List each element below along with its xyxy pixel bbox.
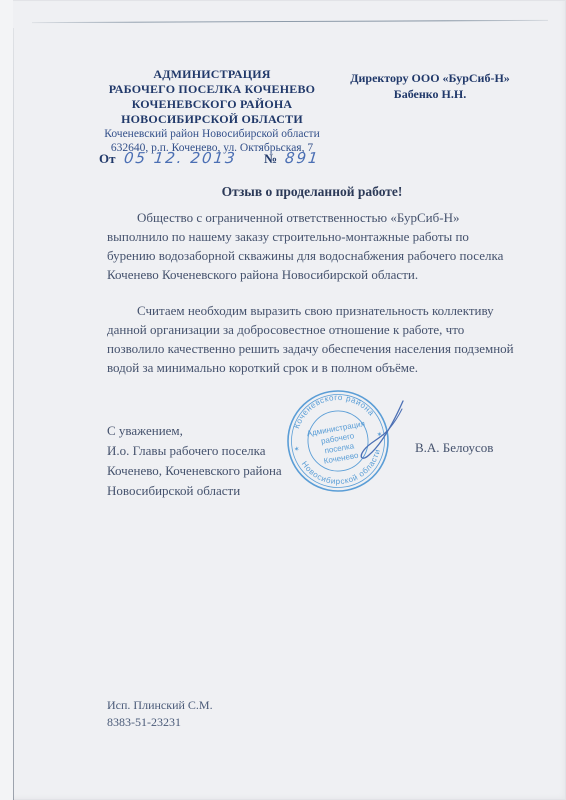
document-title: Отзыв о проделанной работе! xyxy=(107,184,517,200)
sender-org-line: РАБОЧЕГО ПОСЕЛКА КОЧЕНЕВО xyxy=(62,82,362,97)
number-label: № xyxy=(264,151,277,166)
recipient-block: Директору ООО «БурСиб-Н» Бабенко Н.Н. xyxy=(340,70,520,102)
executor-block: Исп. Плинский С.М. 8383-51-23231 xyxy=(107,697,213,731)
date-number-line: От 05 12. 2013 № 891 xyxy=(99,149,359,168)
scan-edge-line xyxy=(13,28,14,800)
body-paragraph: Общество с ограниченной ответственностью… xyxy=(107,208,519,284)
body-paragraph: Считаем необходим выразить свою признате… xyxy=(107,301,519,377)
handwritten-signature xyxy=(345,395,415,470)
handwritten-date: 05 12. 2013 xyxy=(123,149,238,167)
sender-letterhead: АДМИНИСТРАЦИЯ РАБОЧЕГО ПОСЕЛКА КОЧЕНЕВО … xyxy=(62,67,362,155)
recipient-line: Бабенко Н.Н. xyxy=(340,86,520,102)
scan-edge-strip xyxy=(0,0,13,800)
executor-name: Исп. Плинский С.М. xyxy=(107,697,213,714)
executor-phone: 8383-51-23231 xyxy=(107,714,213,731)
sender-org-line: АДМИНИСТРАЦИЯ xyxy=(62,67,362,82)
document-body: Общество с ограниченной ответственностью… xyxy=(107,208,519,394)
scanned-letter-page: АДМИНИСТРАЦИЯ РАБОЧЕГО ПОСЕЛКА КОЧЕНЕВО … xyxy=(0,0,566,800)
stamp-star-left: ✶ xyxy=(293,445,300,454)
sender-org-line: КОЧЕНЕВСКОГО РАЙОНА xyxy=(62,97,362,112)
handwritten-number: 891 xyxy=(284,149,321,167)
sender-org-line: НОВОСИБИРСКОЙ ОБЛАСТИ xyxy=(62,112,362,127)
date-label: От xyxy=(99,151,116,166)
scan-fold-line xyxy=(32,20,548,23)
recipient-line: Директору ООО «БурСиб-Н» xyxy=(340,70,520,86)
sender-address-line: Коченевский район Новосибирской области xyxy=(62,127,362,141)
signatory-name: В.А. Белоусов xyxy=(415,440,493,456)
